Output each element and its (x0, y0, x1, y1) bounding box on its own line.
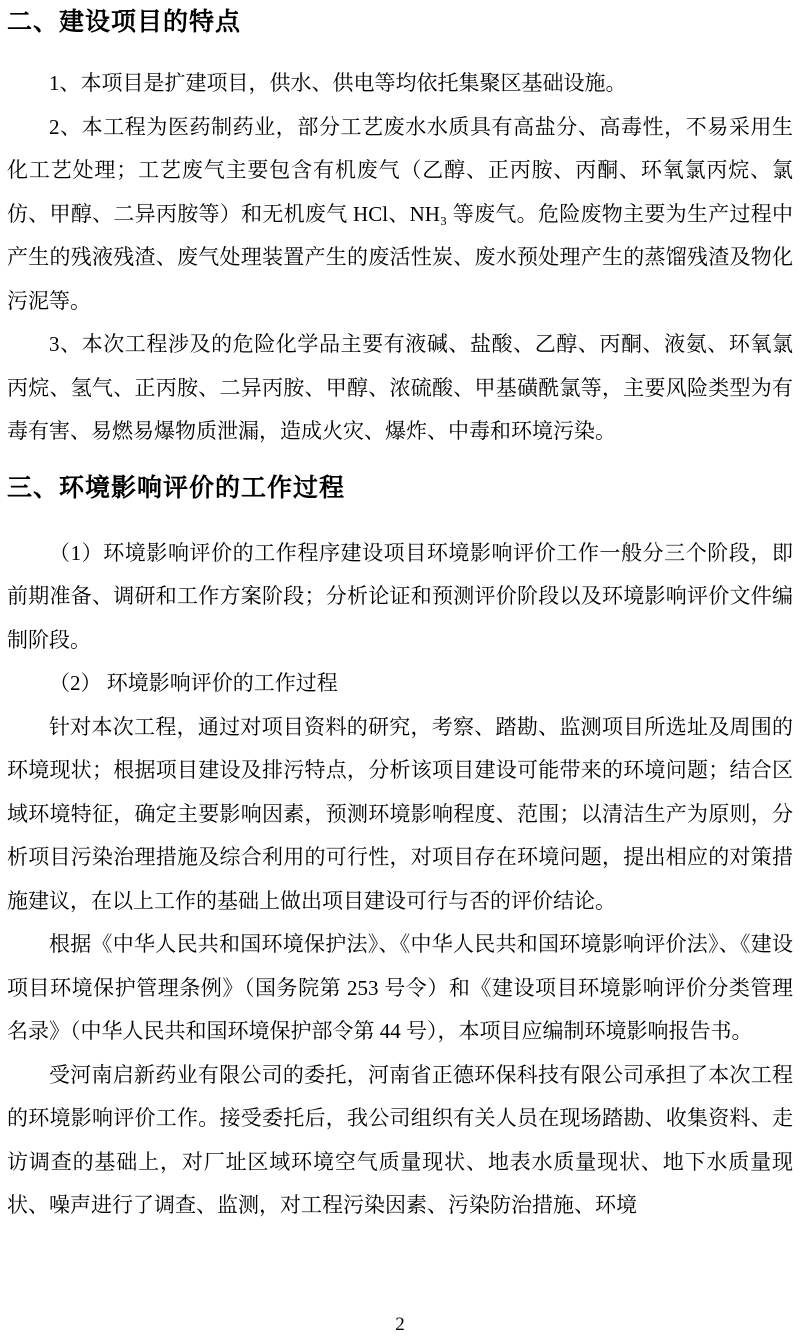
paragraph-item-2: 2、本工程为医药制药业，部分工艺废水水质具有高盐分、高毒性，不易采用生化工艺处理… (7, 106, 793, 324)
paragraph-item-1: 1、本项目是扩建项目，供水、供电等均依托集聚区基础设施。 (7, 62, 793, 106)
paragraph-item-3: 3、本次工程涉及的危险化学品主要有液碱、盐酸、乙醇、丙酮、液氨、环氧氯丙烷、氢气… (7, 323, 793, 454)
paragraph-commission: 受河南启新药业有限公司的委托，河南省正德环保科技有限公司承担了本次工程的环境影响… (7, 1054, 793, 1228)
section-heading-project-features: 二、建设项目的特点 (7, 6, 793, 38)
paragraph-work-process-subtitle: （2） 环境影响评价的工作过程 (7, 662, 793, 706)
paragraph-legal-basis: 根据《中华人民共和国环境保护法》、《中华人民共和国环境影响评价法》、《建设项目环… (7, 923, 793, 1054)
section-eia-work-process: 三、环境影响评价的工作过程 （1）环境影响评价的工作程序建设项目环境影响评价工作… (7, 472, 793, 1228)
document-page: 二、建设项目的特点 1、本项目是扩建项目，供水、供电等均依托集聚区基础设施。 2… (0, 0, 800, 1342)
page-number: 2 (0, 1314, 800, 1336)
paragraph-work-procedure: （1）环境影响评价的工作程序建设项目环境影响评价工作一般分三个阶段，即前期准备、… (7, 532, 793, 663)
section-heading-eia-work-process: 三、环境影响评价的工作过程 (7, 472, 793, 504)
paragraph-work-process-detail: 针对本次工程，通过对项目资料的研究，考察、踏勘、监测项目所选址及周围的环境现状；… (7, 706, 793, 924)
section-project-features: 二、建设项目的特点 1、本项目是扩建项目，供水、供电等均依托集聚区基础设施。 2… (7, 6, 793, 454)
